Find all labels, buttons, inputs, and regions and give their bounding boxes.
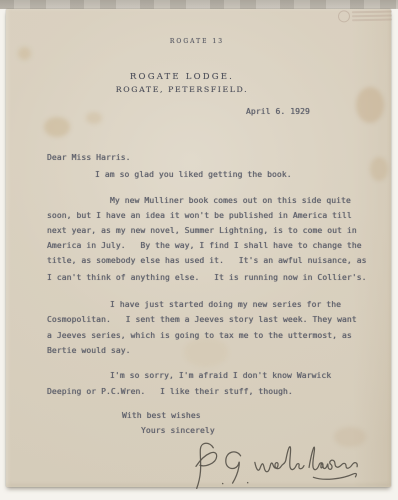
foxing-spot xyxy=(184,337,228,367)
letter-line: soon, but I have an idea it won't be pub… xyxy=(47,211,352,220)
letter-line: a Jeeves series, which is going to tax m… xyxy=(47,331,352,340)
letterhead-address-line1: ROGATE LODGE. xyxy=(130,72,234,82)
letter-line: America in July. By the way, I find I sh… xyxy=(47,241,362,250)
letter-line: I can't think of anything else. It is ru… xyxy=(47,273,367,282)
foxing-spot xyxy=(44,117,70,137)
letter-sheet: ROGATE 13 ROGATE LODGE. ROGATE, PETERSFI… xyxy=(6,9,391,487)
letter-line: I am so glad you liked getting the book. xyxy=(95,170,292,179)
closing-with-best-wishes: With best wishes xyxy=(122,411,201,420)
letter-line: My new Mulliner book comes out on this s… xyxy=(110,196,351,205)
signature-pg-wodehouse xyxy=(191,432,395,499)
closing-yours-sincerely: Yours sincerely xyxy=(141,426,215,435)
letter-line: Deeping or P.C.Wren. I like their stuff,… xyxy=(47,387,293,396)
salutation-line: Dear Miss Harris. xyxy=(47,153,131,162)
letter-line: Cosmopolitan. I sent them a Jeeves story… xyxy=(47,315,357,324)
letter-line: title, as somebody else has used it. It'… xyxy=(47,256,367,265)
letter-line: Bertie would say. xyxy=(47,346,131,355)
letterhead-telephone: ROGATE 13 xyxy=(170,38,224,45)
letter-line: next year, as my new novel, Summer Light… xyxy=(47,226,357,235)
foxing-spot xyxy=(18,47,31,60)
foxing-spot xyxy=(356,87,384,123)
letter-line: I have just started doing my new series … xyxy=(110,300,341,309)
letter-photo: ROGATE 13 ROGATE LODGE. ROGATE, PETERSFI… xyxy=(0,0,398,500)
collector-stamp xyxy=(338,6,392,27)
letter-line: I'm so sorry, I'm afraid I don't know Wa… xyxy=(110,371,331,380)
letterhead-address-line2: ROGATE, PETERSFIELD. xyxy=(116,85,248,94)
stamp-text-lines xyxy=(352,9,392,23)
letter-date: April 6. 1929 xyxy=(246,107,310,116)
stamp-circle-icon xyxy=(338,10,350,22)
foxing-spot xyxy=(370,157,388,181)
foxing-spot xyxy=(86,112,102,124)
